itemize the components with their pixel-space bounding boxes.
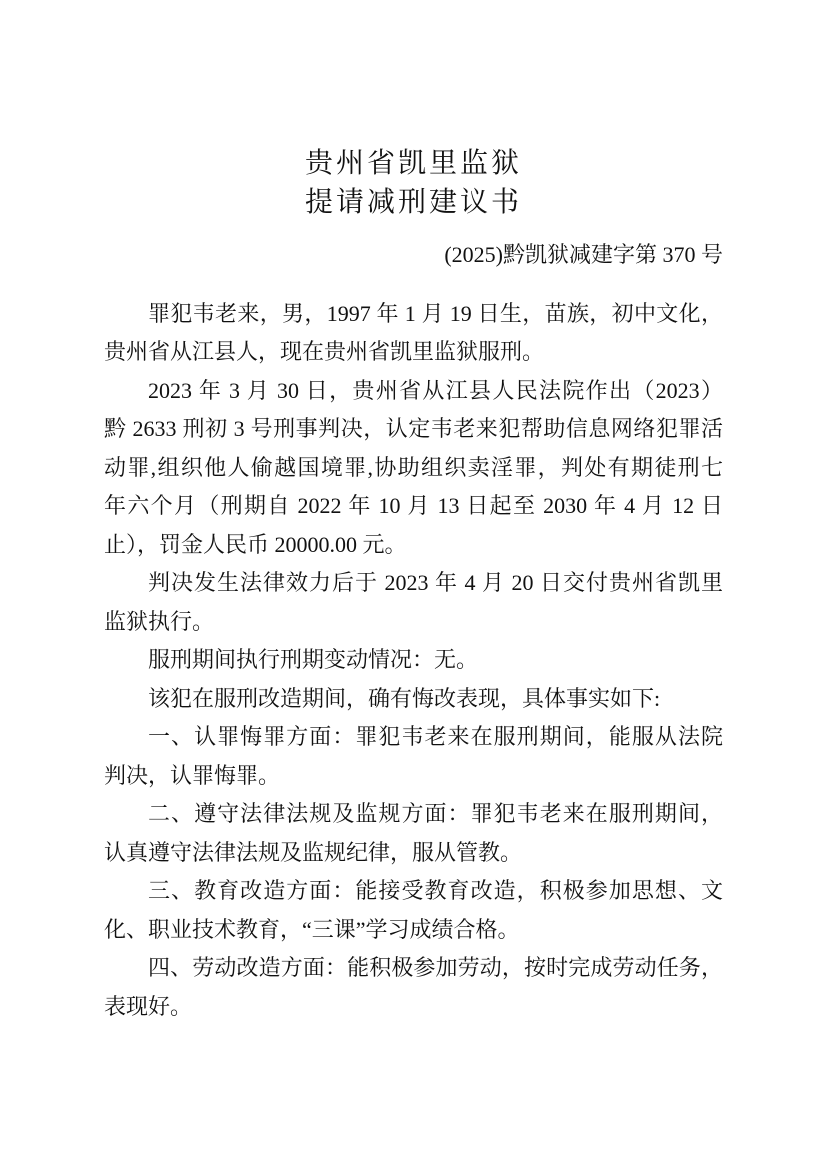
paragraph-line: 判决发生法律效力后于 2023 年 4 月 20 日交付贵州省凯里 bbox=[104, 564, 723, 603]
document-page: 贵州省凯里监狱 提请减刑建议书 (2025)黔凯狱减建字第 370 号 罪犯韦老… bbox=[0, 0, 827, 1169]
paragraph-line: 表现好。 bbox=[104, 988, 723, 1027]
body-paragraph: 二、遵守法律法规及监规方面：罪犯韦老来在服刑期间， 认真遵守法律法规及监规纪律，… bbox=[104, 795, 723, 872]
body-paragraph: 四、劳动改造方面：能积极参加劳动，按时完成劳动任务， 表现好。 bbox=[104, 949, 723, 1026]
body-paragraph: 服刑期间执行刑期变动情况：无。 bbox=[104, 641, 723, 680]
paragraph-line: 黔 2633 刑初 3 号刑事判决，认定韦老来犯帮助信息网络犯罪活 bbox=[104, 410, 723, 449]
paragraph-line: 一、认罪悔罪方面：罪犯韦老来在服刑期间，能服从法院 bbox=[104, 718, 723, 757]
paragraph-line: 罪犯韦老来，男，1997 年 1 月 19 日生，苗族，初中文化， bbox=[104, 295, 723, 334]
paragraph-line: 判决，认罪悔罪。 bbox=[104, 757, 723, 796]
body-paragraph: 2023 年 3 月 30 日，贵州省从江县人民法院作出（2023） 黔 263… bbox=[104, 372, 723, 565]
body-paragraph: 判决发生法律效力后于 2023 年 4 月 20 日交付贵州省凯里 监狱执行。 bbox=[104, 564, 723, 641]
paragraph-line: 四、劳动改造方面：能积极参加劳动，按时完成劳动任务， bbox=[104, 949, 723, 988]
paragraph-line: 服刑期间执行刑期变动情况：无。 bbox=[104, 641, 723, 680]
paragraph-line: 动罪,组织他人偷越国境罪,协助组织卖淫罪，判处有期徒刑七 bbox=[104, 449, 723, 488]
title-org-line: 贵州省凯里监狱 bbox=[104, 145, 723, 184]
paragraph-line: 2023 年 3 月 30 日，贵州省从江县人民法院作出（2023） bbox=[104, 372, 723, 411]
document-title: 贵州省凯里监狱 提请减刑建议书 bbox=[104, 145, 723, 222]
paragraph-line: 贵州省从江县人，现在贵州省凯里监狱服刑。 bbox=[104, 333, 723, 372]
paragraph-line: 二、遵守法律法规及监规方面：罪犯韦老来在服刑期间， bbox=[104, 795, 723, 834]
body-paragraph: 一、认罪悔罪方面：罪犯韦老来在服刑期间，能服从法院 判决，认罪悔罪。 bbox=[104, 718, 723, 795]
body-paragraph: 三、教育改造方面：能接受教育改造，积极参加思想、文 化、职业技术教育，“三课”学… bbox=[104, 872, 723, 949]
body-paragraph: 罪犯韦老来，男，1997 年 1 月 19 日生，苗族，初中文化， 贵州省从江县… bbox=[104, 295, 723, 372]
document-content: 贵州省凯里监狱 提请减刑建议书 (2025)黔凯狱减建字第 370 号 罪犯韦老… bbox=[0, 145, 827, 1026]
paragraph-line: 认真遵守法律法规及监规纪律，服从管教。 bbox=[104, 834, 723, 873]
body-paragraph: 该犯在服刑改造期间，确有悔改表现，具体事实如下: bbox=[104, 680, 723, 719]
document-number: (2025)黔凯狱减建字第 370 号 bbox=[104, 236, 723, 275]
paragraph-line: 化、职业技术教育，“三课”学习成绩合格。 bbox=[104, 911, 723, 950]
paragraph-line: 三、教育改造方面：能接受教育改造，积极参加思想、文 bbox=[104, 872, 723, 911]
title-doctype-line: 提请减刑建议书 bbox=[104, 184, 723, 223]
paragraph-line: 该犯在服刑改造期间，确有悔改表现，具体事实如下: bbox=[104, 680, 723, 719]
document-body: 罪犯韦老来，男，1997 年 1 月 19 日生，苗族，初中文化， 贵州省从江县… bbox=[104, 295, 723, 1027]
paragraph-line: 监狱执行。 bbox=[104, 603, 723, 642]
paragraph-line: 止），罚金人民币 20000.00 元。 bbox=[104, 526, 723, 565]
paragraph-line: 年六个月（刑期自 2022 年 10 月 13 日起至 2030 年 4 月 1… bbox=[104, 487, 723, 526]
